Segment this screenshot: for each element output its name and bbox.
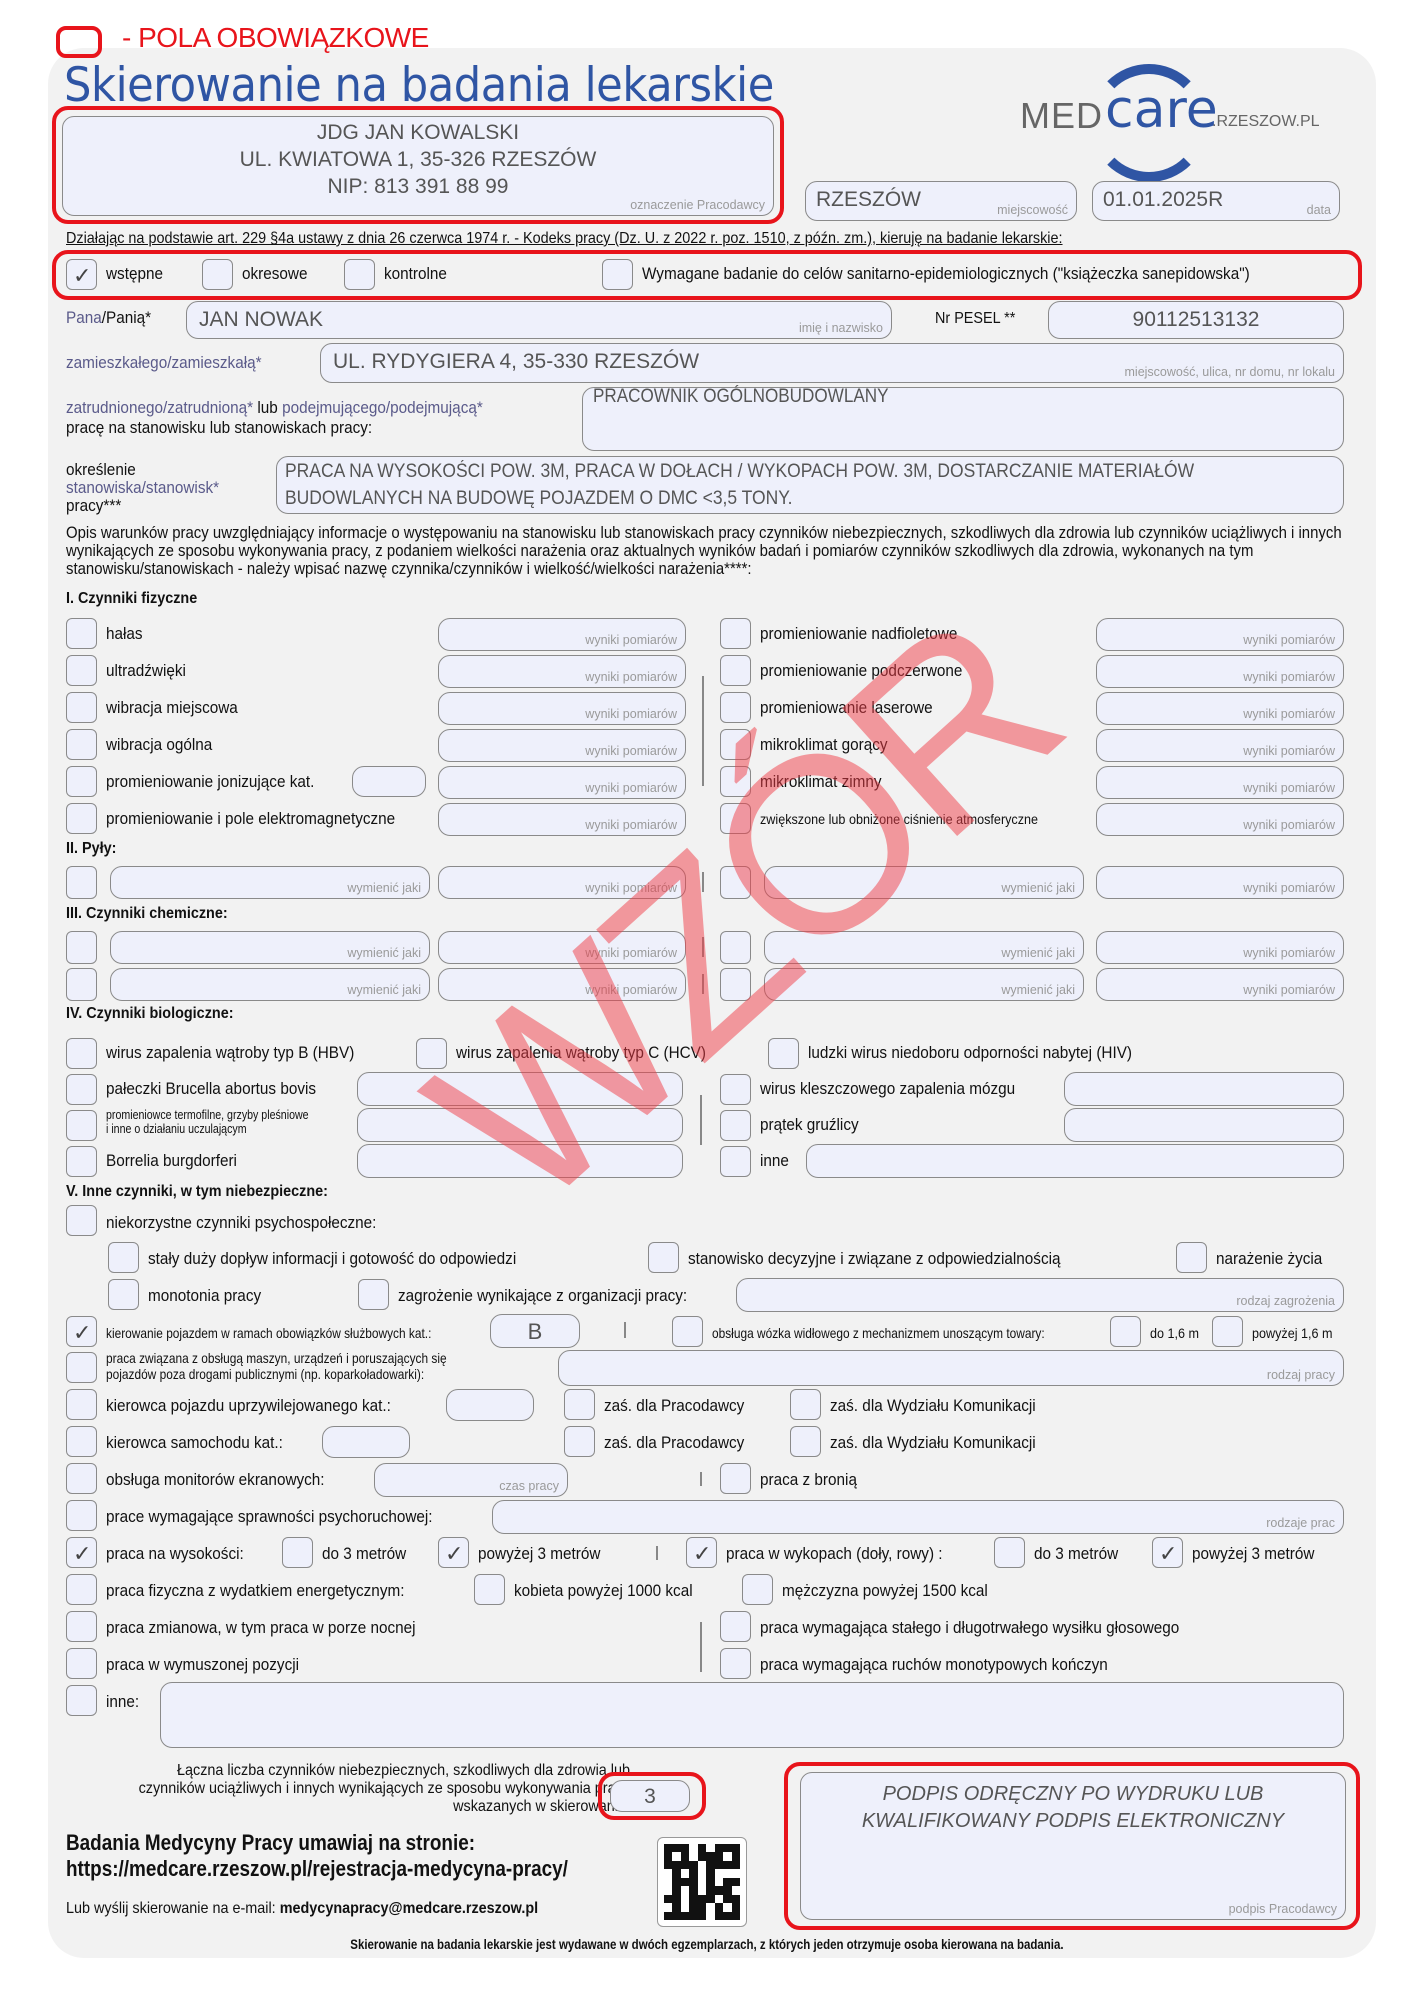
qr-module: [723, 1844, 731, 1852]
org-threat-checkbox[interactable]: [358, 1279, 389, 1310]
exam-kontrolne-checkbox[interactable]: [344, 259, 375, 290]
hbv-checkbox[interactable]: [66, 1038, 97, 1069]
page-title: Skierowanie na badania lekarskie: [64, 58, 774, 113]
section-other-title: V. Inne czynniki, w tym niebezpieczne:: [66, 1183, 328, 1201]
promo-email-prefix: Lub wyślij skierowanie na e-mail:: [66, 1900, 280, 1917]
vehicle-label: kierowanie pojazdem w ramach obowiązków …: [106, 1325, 431, 1341]
machines-label: praca związana z obsługą maszyn, urządze…: [106, 1350, 497, 1382]
employment-label-c: podejmującego/podejmującą*: [282, 398, 483, 417]
qr-module: [706, 1878, 714, 1886]
decision-label: stanowisko decyzyjne i związane z odpowi…: [688, 1249, 1061, 1269]
height-checkbox[interactable]: ✓: [66, 1537, 97, 1568]
effort-female-label: kobieta powyżej 1000 kcal: [514, 1581, 693, 1601]
priv-driver-checkbox[interactable]: [66, 1389, 97, 1420]
check-icon: ✓: [1159, 1542, 1177, 1567]
column-divider: [702, 974, 704, 994]
employment-label-a: zatrudnionego/zatrudnioną*: [66, 398, 253, 417]
exam-wstepne-checkbox[interactable]: ✓: [66, 259, 97, 290]
result-hint: wyniki pomiarów: [585, 633, 677, 647]
physical-left-result-field[interactable]: wyniki pomiarów: [438, 766, 686, 799]
date-value: 01.01.2025R: [1103, 188, 1223, 212]
life-risk-checkbox[interactable]: [1176, 1242, 1207, 1273]
physical-left-result-field[interactable]: wyniki pomiarów: [438, 729, 686, 762]
name-hint: wymienić jaki: [1001, 983, 1075, 997]
employer-name: JDG JAN KOWALSKI: [63, 119, 773, 146]
qr-module: [723, 1886, 731, 1894]
physical-right-result-field[interactable]: wyniki pomiarów: [1096, 729, 1344, 762]
hcv-label: wirus zapalenia wątroby typ C (HCV): [456, 1043, 706, 1063]
position-label-3: pracy***: [66, 496, 121, 516]
person-name-field[interactable]: JAN NOWAK imię i nazwisko: [186, 301, 892, 339]
limbs-checkbox[interactable]: [720, 1648, 751, 1679]
fungi-label: promieniowce termofilne, grzyby pleśniow…: [106, 1108, 310, 1136]
physical-left-checkbox[interactable]: [66, 803, 97, 834]
qr-module: [723, 1861, 731, 1869]
forklift-checkbox[interactable]: [672, 1316, 703, 1347]
pits-checkbox[interactable]: ✓: [686, 1537, 717, 1568]
forklift-low-label: do 1,6 m: [1150, 1325, 1199, 1341]
car-driver-checkbox[interactable]: [66, 1426, 97, 1457]
physical-right-label: promieniowanie podczerwone: [760, 661, 962, 681]
result-hint: wyniki pomiarów: [585, 818, 677, 832]
address-value: UL. RYDYGIERA 4, 35-330 RZESZÓW: [333, 350, 699, 374]
qr-module: [681, 1844, 689, 1852]
column-divider: [700, 1095, 702, 1145]
qr-module: [706, 1912, 714, 1920]
vehicle-category-field[interactable]: B: [490, 1314, 580, 1348]
position-field[interactable]: PRACA NA WYSOKOŚCI POW. 3M, PRACA W DOŁA…: [276, 456, 1344, 514]
promo-email-line: Lub wyślij skierowanie na e-mail: medycy…: [66, 1900, 538, 1918]
height-high-checkbox[interactable]: ✓: [438, 1537, 469, 1568]
section-biological-title: IV. Czynniki biologiczne:: [66, 1005, 233, 1023]
monitors-field[interactable]: czas pracy: [374, 1463, 568, 1497]
bio-other-field[interactable]: [806, 1144, 1344, 1178]
physical-left-label: wibracja ogólna: [106, 735, 212, 755]
qr-module: [706, 1852, 714, 1860]
hbv-label: wirus zapalenia wątroby typ B (HBV): [106, 1043, 354, 1063]
qr-module: [672, 1861, 680, 1869]
voice-label: praca wymagająca stałego i długotrwałego…: [760, 1618, 1179, 1638]
exam-okresowe-checkbox[interactable]: [202, 259, 233, 290]
physical-right-checkbox[interactable]: [720, 766, 751, 797]
physical-left-label: promieniowanie jonizujące kat.: [106, 772, 314, 792]
physical-right-result-field[interactable]: wyniki pomiarów: [1096, 655, 1344, 688]
shift-label: praca zmianowa, w tym praca w porze nocn…: [106, 1618, 416, 1638]
other-checkbox[interactable]: [66, 1685, 97, 1716]
tbe-label: wirus kleszczowego zapalenia mózgu: [760, 1079, 1015, 1099]
pesel-label: Nr PESEL **: [935, 310, 1015, 328]
fungi-field[interactable]: [357, 1108, 683, 1142]
hiv-checkbox[interactable]: [768, 1038, 799, 1069]
priv-driver-category-field[interactable]: [446, 1389, 534, 1421]
limbs-label: praca wymagająca ruchów monotypowych koń…: [760, 1655, 1108, 1675]
qr-module: [681, 1869, 689, 1877]
pesel-value: 90112513132: [1049, 308, 1343, 332]
tbe-checkbox[interactable]: [720, 1074, 751, 1105]
qr-module: [732, 1912, 740, 1920]
chemical-result-field[interactable]: wyniki pomiarów: [1096, 931, 1344, 964]
qr-module: [732, 1878, 740, 1886]
ionizing-category-field[interactable]: [352, 766, 426, 797]
pesel-field[interactable]: 90112513132: [1048, 301, 1344, 339]
dust-name-field[interactable]: wymienić jaki: [764, 866, 1084, 899]
effort-male-label: mężczyzna powyżej 1500 kcal: [782, 1581, 988, 1601]
result-hint: wyniki pomiarów: [1243, 881, 1335, 895]
result-hint: wyniki pomiarów: [1243, 707, 1335, 721]
qr-module: [715, 1869, 723, 1877]
other-field[interactable]: [160, 1682, 1344, 1748]
result-hint: wyniki pomiarów: [585, 744, 677, 758]
priv-cert-office-label: zaś. dla Wydziału Komunikacji: [830, 1396, 1036, 1416]
physical-right-checkbox[interactable]: [720, 692, 751, 723]
qr-module: [698, 1886, 706, 1894]
physical-right-checkbox[interactable]: [720, 729, 751, 760]
physical-left-result-field[interactable]: wyniki pomiarów: [438, 618, 686, 651]
info-flow-label: stały duży dopływ informacji i gotowość …: [148, 1249, 516, 1269]
date-hint: data: [1307, 203, 1331, 217]
chemical-checkbox[interactable]: [720, 968, 751, 1001]
result-hint: wyniki pomiarów: [1243, 818, 1335, 832]
chemical-checkbox[interactable]: [66, 931, 97, 964]
footer-note: Skierowanie na badania lekarskie jest wy…: [0, 1936, 1414, 1952]
physical-right-result-field[interactable]: wyniki pomiarów: [1096, 766, 1344, 799]
qr-module: [723, 1878, 731, 1886]
bio-other-checkbox[interactable]: [720, 1146, 751, 1177]
effort-male-checkbox[interactable]: [742, 1574, 773, 1605]
qr-module: [732, 1852, 740, 1860]
result-hint: wyniki pomiarów: [585, 707, 677, 721]
vehicle-checkbox[interactable]: ✓: [66, 1316, 97, 1347]
info-flow-checkbox[interactable]: [108, 1242, 139, 1273]
monitors-hint: czas pracy: [499, 1479, 559, 1493]
name-label: Pana/Panią*: [66, 308, 151, 328]
org-threat-hint: rodzaj zagrożenia: [1236, 1294, 1335, 1308]
signature-text-line2: KWALIFIKOWANY PODPIS ELEKTRONICZNY: [801, 1808, 1345, 1835]
qr-code-icon: [657, 1837, 747, 1927]
chemical-name-field[interactable]: wymienić jaki: [110, 931, 430, 964]
qr-module: [723, 1895, 731, 1903]
physical-right-label: promieniowanie nadfioletowe: [760, 624, 957, 644]
forklift-high-checkbox[interactable]: [1212, 1316, 1243, 1347]
name-label-a: Pana: [66, 308, 102, 327]
employment-label-b: lub: [253, 398, 282, 417]
exam-sanepid-label: Wymagane badanie do celów sanitarno-epid…: [642, 264, 1250, 284]
effort-label: praca fizyczna z wydatkiem energetycznym…: [106, 1581, 404, 1601]
physical-right-result-field[interactable]: wyniki pomiarów: [1096, 803, 1344, 836]
employment-field[interactable]: PRACOWNIK OGÓLNOBUDOWLANY: [582, 387, 1344, 451]
priv-driver-label: kierowca pojazdu uprzywilejowanego kat.:: [106, 1396, 391, 1416]
pits-low-label: do 3 metrów: [1034, 1544, 1118, 1564]
check-icon: ✓: [73, 1542, 91, 1567]
position-value-line2: BUDOWLANYCH NA BUDOWĘ POJAZDEM O DMC <3,…: [285, 485, 1194, 512]
hcv-checkbox[interactable]: [416, 1038, 447, 1069]
exam-sanepid-checkbox[interactable]: [602, 259, 633, 290]
forklift-low-checkbox[interactable]: [1110, 1316, 1141, 1347]
qr-module: [723, 1903, 731, 1911]
employment-label-line2: pracę na stanowisku lub stanowiskach pra…: [66, 418, 372, 438]
tb-field[interactable]: [1064, 1108, 1344, 1142]
qr-module: [732, 1903, 740, 1911]
qr-module: [681, 1878, 689, 1886]
qr-module: [681, 1912, 689, 1920]
dust-result-field[interactable]: wyniki pomiarów: [438, 866, 686, 899]
forklift-label: obsługa wózka widłowego z mechanizmem un…: [712, 1325, 1045, 1341]
qr-module: [732, 1869, 740, 1877]
result-hint: wyniki pomiarów: [585, 881, 677, 895]
machines-field[interactable]: rodzaj pracy: [558, 1350, 1344, 1386]
monotony-checkbox[interactable]: [108, 1279, 139, 1310]
qr-module: [689, 1886, 697, 1894]
qr-module: [732, 1844, 740, 1852]
place-field[interactable]: RZESZÓW miejscowość: [805, 181, 1077, 221]
dust-result-field[interactable]: wyniki pomiarów: [1096, 866, 1344, 899]
address-label: zamieszkałego/zamieszkałą*: [66, 353, 262, 373]
tbe-field[interactable]: [1064, 1072, 1344, 1106]
result-hint: wyniki pomiarów: [1243, 670, 1335, 684]
person-name-value: JAN NOWAK: [199, 308, 323, 332]
priv-cert-office-checkbox[interactable]: [790, 1389, 821, 1420]
qr-module: [698, 1861, 706, 1869]
signature-hint: podpis Pracodawcy: [1229, 1902, 1337, 1916]
car-cert-office-checkbox[interactable]: [790, 1426, 821, 1457]
column-divider: [702, 676, 704, 786]
column-divider: [702, 937, 704, 957]
car-driver-label: kierowca samochodu kat.:: [106, 1433, 283, 1453]
hiv-label: ludzki wirus niedoboru odporności nabyte…: [808, 1043, 1132, 1063]
physical-left-result-field[interactable]: wyniki pomiarów: [438, 803, 686, 836]
result-hint: wyniki pomiarów: [1243, 744, 1335, 758]
chemical-result-field[interactable]: wyniki pomiarów: [438, 931, 686, 964]
qr-module: [681, 1895, 689, 1903]
name-hint: wymienić jaki: [347, 983, 421, 997]
chemical-result-field[interactable]: wyniki pomiarów: [438, 968, 686, 1001]
psychomotor-hint: rodzaje prac: [1266, 1516, 1335, 1530]
chemical-result-field[interactable]: wyniki pomiarów: [1096, 968, 1344, 1001]
position-label-1: określenie: [66, 460, 136, 480]
org-threat-field[interactable]: rodzaj zagrożenia: [736, 1278, 1344, 1312]
qr-module: [689, 1844, 697, 1852]
psychomotor-checkbox[interactable]: [66, 1500, 97, 1531]
bio-other-label: inne: [760, 1151, 789, 1171]
qr-module: [681, 1861, 689, 1869]
logo-domain: .RZESZOW.PL: [1212, 113, 1320, 131]
result-hint: wyniki pomiarów: [585, 946, 677, 960]
employer-field[interactable]: JDG JAN KOWALSKI UL. KWIATOWA 1, 35-326 …: [62, 116, 774, 216]
physical-left-label: hałas: [106, 624, 143, 644]
priv-cert-employer-checkbox[interactable]: [564, 1389, 595, 1420]
pits-low-checkbox[interactable]: [994, 1537, 1025, 1568]
voice-checkbox[interactable]: [720, 1611, 751, 1642]
psychomotor-label: prace wymagające sprawności psychoruchow…: [106, 1507, 433, 1527]
physical-right-label: mikroklimat zimny: [760, 772, 882, 792]
pits-label: praca w wykopach (doły, rowy) :: [726, 1544, 943, 1564]
column-divider: [702, 872, 704, 892]
result-hint: wyniki pomiarów: [585, 983, 677, 997]
physical-right-label: mikroklimat gorący: [760, 735, 888, 755]
qr-module: [689, 1895, 697, 1903]
car-cert-employer-label: zaś. dla Pracodawcy: [604, 1433, 744, 1453]
person-name-hint: imię i nazwisko: [799, 321, 883, 335]
qr-module: [672, 1844, 680, 1852]
qr-module: [698, 1903, 706, 1911]
exam-wstepne-label: wstępne: [106, 264, 163, 284]
qr-module: [689, 1903, 697, 1911]
borrelia-field[interactable]: [357, 1144, 683, 1178]
monitors-checkbox[interactable]: [66, 1463, 97, 1494]
weapons-checkbox[interactable]: [720, 1463, 751, 1494]
qr-module: [732, 1895, 740, 1903]
psycho-checkbox[interactable]: [66, 1205, 97, 1236]
place-hint: miejscowość: [997, 203, 1068, 217]
brucella-checkbox[interactable]: [66, 1074, 97, 1105]
qr-module: [723, 1912, 731, 1920]
exam-kontrolne-label: kontrolne: [384, 264, 447, 284]
brucella-label: pałeczki Brucella abortus bovis: [106, 1079, 316, 1099]
result-hint: wyniki pomiarów: [585, 781, 677, 795]
chemical-checkbox[interactable]: [720, 931, 751, 964]
physical-right-checkbox[interactable]: [720, 655, 751, 686]
physical-right-checkbox[interactable]: [720, 618, 751, 649]
physical-left-checkbox[interactable]: [66, 618, 97, 649]
borrelia-label: Borrelia burgdorferi: [106, 1151, 237, 1171]
physical-left-checkbox[interactable]: [66, 655, 97, 686]
priv-cert-employer-label: zaś. dla Pracodawcy: [604, 1396, 744, 1416]
qr-module: [672, 1895, 680, 1903]
employer-address: UL. KWIATOWA 1, 35-326 RZESZÓW: [63, 146, 773, 173]
qr-module: [689, 1878, 697, 1886]
result-hint: wyniki pomiarów: [1243, 633, 1335, 647]
required-field-legend-box: [56, 26, 102, 58]
life-risk-label: narażenie życia: [1216, 1249, 1322, 1269]
qr-module: [706, 1861, 714, 1869]
result-hint: wyniki pomiarów: [585, 670, 677, 684]
brucella-field[interactable]: [357, 1072, 683, 1106]
qr-module: [706, 1844, 714, 1852]
qr-module: [715, 1912, 723, 1920]
promo-url[interactable]: https://medcare.rzeszow.pl/rejestracja-m…: [66, 1856, 568, 1882]
physical-right-checkbox[interactable]: [720, 803, 751, 834]
qr-module: [698, 1895, 706, 1903]
promo-block: Badania Medycyny Pracy umawiaj na stroni…: [66, 1830, 568, 1882]
qr-module: [689, 1852, 697, 1860]
divider: [700, 1472, 702, 1486]
exam-okresowe-label: okresowe: [242, 264, 307, 284]
qr-module: [672, 1903, 680, 1911]
qr-module: [723, 1869, 731, 1877]
date-field[interactable]: 01.01.2025R data: [1092, 181, 1340, 221]
chemical-checkbox[interactable]: [66, 968, 97, 1001]
qr-module: [672, 1878, 680, 1886]
qr-module: [698, 1852, 706, 1860]
qr-module: [681, 1852, 689, 1860]
physical-left-label: promieniowanie i pole elektromagnetyczne: [106, 809, 395, 829]
forced-position-label: praca w wymuszonej pozycji: [106, 1655, 299, 1675]
car-cert-employer-checkbox[interactable]: [564, 1426, 595, 1457]
total-field[interactable]: 3: [610, 1780, 690, 1812]
divider: [700, 1622, 702, 1672]
position-value-line1: PRACA NA WYSOKOŚCI POW. 3M, PRACA W DOŁA…: [285, 458, 1194, 485]
pits-high-checkbox[interactable]: ✓: [1152, 1537, 1183, 1568]
chemical-name-field[interactable]: wymienić jaki: [764, 931, 1084, 964]
legal-basis: Działając na podstawie art. 229 §4a usta…: [66, 230, 1063, 248]
chemical-name-field[interactable]: wymienić jaki: [764, 968, 1084, 1001]
dust-checkbox[interactable]: [720, 866, 751, 899]
machines-checkbox[interactable]: [66, 1352, 97, 1383]
decision-checkbox[interactable]: [648, 1242, 679, 1273]
qr-module: [723, 1852, 731, 1860]
total-value: 3: [611, 1785, 689, 1809]
employment-value: PRACOWNIK OGÓLNOBUDOWLANY: [593, 386, 888, 408]
qr-module: [664, 1861, 672, 1869]
physical-left-checkbox[interactable]: [66, 766, 97, 797]
signature-text: PODPIS ODRĘCZNY PO WYDRUKU LUB KWALIFIKO…: [801, 1781, 1345, 1835]
physical-left-result-field[interactable]: wyniki pomiarów: [438, 692, 686, 725]
qr-module: [698, 1844, 706, 1852]
qr-module: [664, 1903, 672, 1911]
employer-hint: oznaczenie Pracodawcy: [630, 198, 765, 212]
physical-right-result-field[interactable]: wyniki pomiarów: [1096, 692, 1344, 725]
height-low-checkbox[interactable]: [282, 1537, 313, 1568]
fungi-checkbox[interactable]: [66, 1110, 97, 1141]
qr-module: [732, 1861, 740, 1869]
shift-checkbox[interactable]: [66, 1611, 97, 1642]
employment-label-line1: zatrudnionego/zatrudnioną* lub podejmują…: [66, 398, 483, 418]
qr-module: [698, 1878, 706, 1886]
qr-module: [664, 1895, 672, 1903]
qr-module: [715, 1895, 723, 1903]
required-field-legend: - POLA OBOWIĄZKOWE: [122, 22, 429, 54]
section-dust-title: II. Pyły:: [66, 840, 116, 858]
employer-nip: NIP: 813 391 88 99: [63, 173, 773, 200]
signature-field[interactable]: PODPIS ODRĘCZNY PO WYDRUKU LUB KWALIFIKO…: [800, 1772, 1346, 1920]
forced-position-checkbox[interactable]: [66, 1648, 97, 1679]
qr-module: [732, 1886, 740, 1894]
effort-female-checkbox[interactable]: [474, 1574, 505, 1605]
name-hint: wymienić jaki: [347, 881, 421, 895]
physical-left-result-field[interactable]: wyniki pomiarów: [438, 655, 686, 688]
pits-high-label: powyżej 3 metrów: [1192, 1544, 1314, 1564]
logo-care: care: [1105, 80, 1218, 140]
qr-module: [715, 1852, 723, 1860]
qr-module: [689, 1869, 697, 1877]
chemical-name-field[interactable]: wymienić jaki: [110, 968, 430, 1001]
qr-module: [672, 1886, 680, 1894]
org-threat-label: zagrożenie wynikające z organizacji prac…: [398, 1286, 687, 1306]
name-hint: wymienić jaki: [347, 946, 421, 960]
dust-name-field[interactable]: wymienić jaki: [110, 866, 430, 899]
physical-left-checkbox[interactable]: [66, 692, 97, 723]
qr-module: [689, 1861, 697, 1869]
qr-module: [715, 1844, 723, 1852]
physical-left-checkbox[interactable]: [66, 729, 97, 760]
qr-module: [664, 1886, 672, 1894]
tb-checkbox[interactable]: [720, 1110, 751, 1141]
promo-email[interactable]: medycynapracy@medcare.rzeszow.pl: [280, 1900, 538, 1917]
physical-right-result-field[interactable]: wyniki pomiarów: [1096, 618, 1344, 651]
qr-module: [681, 1903, 689, 1911]
result-hint: wyniki pomiarów: [1243, 946, 1335, 960]
borrelia-checkbox[interactable]: [66, 1146, 97, 1177]
psychomotor-field[interactable]: rodzaje prac: [492, 1500, 1344, 1534]
address-field[interactable]: UL. RYDYGIERA 4, 35-330 RZESZÓW miejscow…: [320, 343, 1344, 383]
effort-checkbox[interactable]: [66, 1574, 97, 1605]
other-label: inne:: [106, 1692, 139, 1712]
dust-checkbox[interactable]: [66, 866, 97, 899]
footer-text: Skierowanie na badania lekarskie jest wy…: [350, 1936, 1063, 1952]
name-hint: wymienić jaki: [1001, 881, 1075, 895]
monotony-label: monotonia pracy: [148, 1286, 261, 1306]
car-driver-category-field[interactable]: [322, 1426, 410, 1458]
